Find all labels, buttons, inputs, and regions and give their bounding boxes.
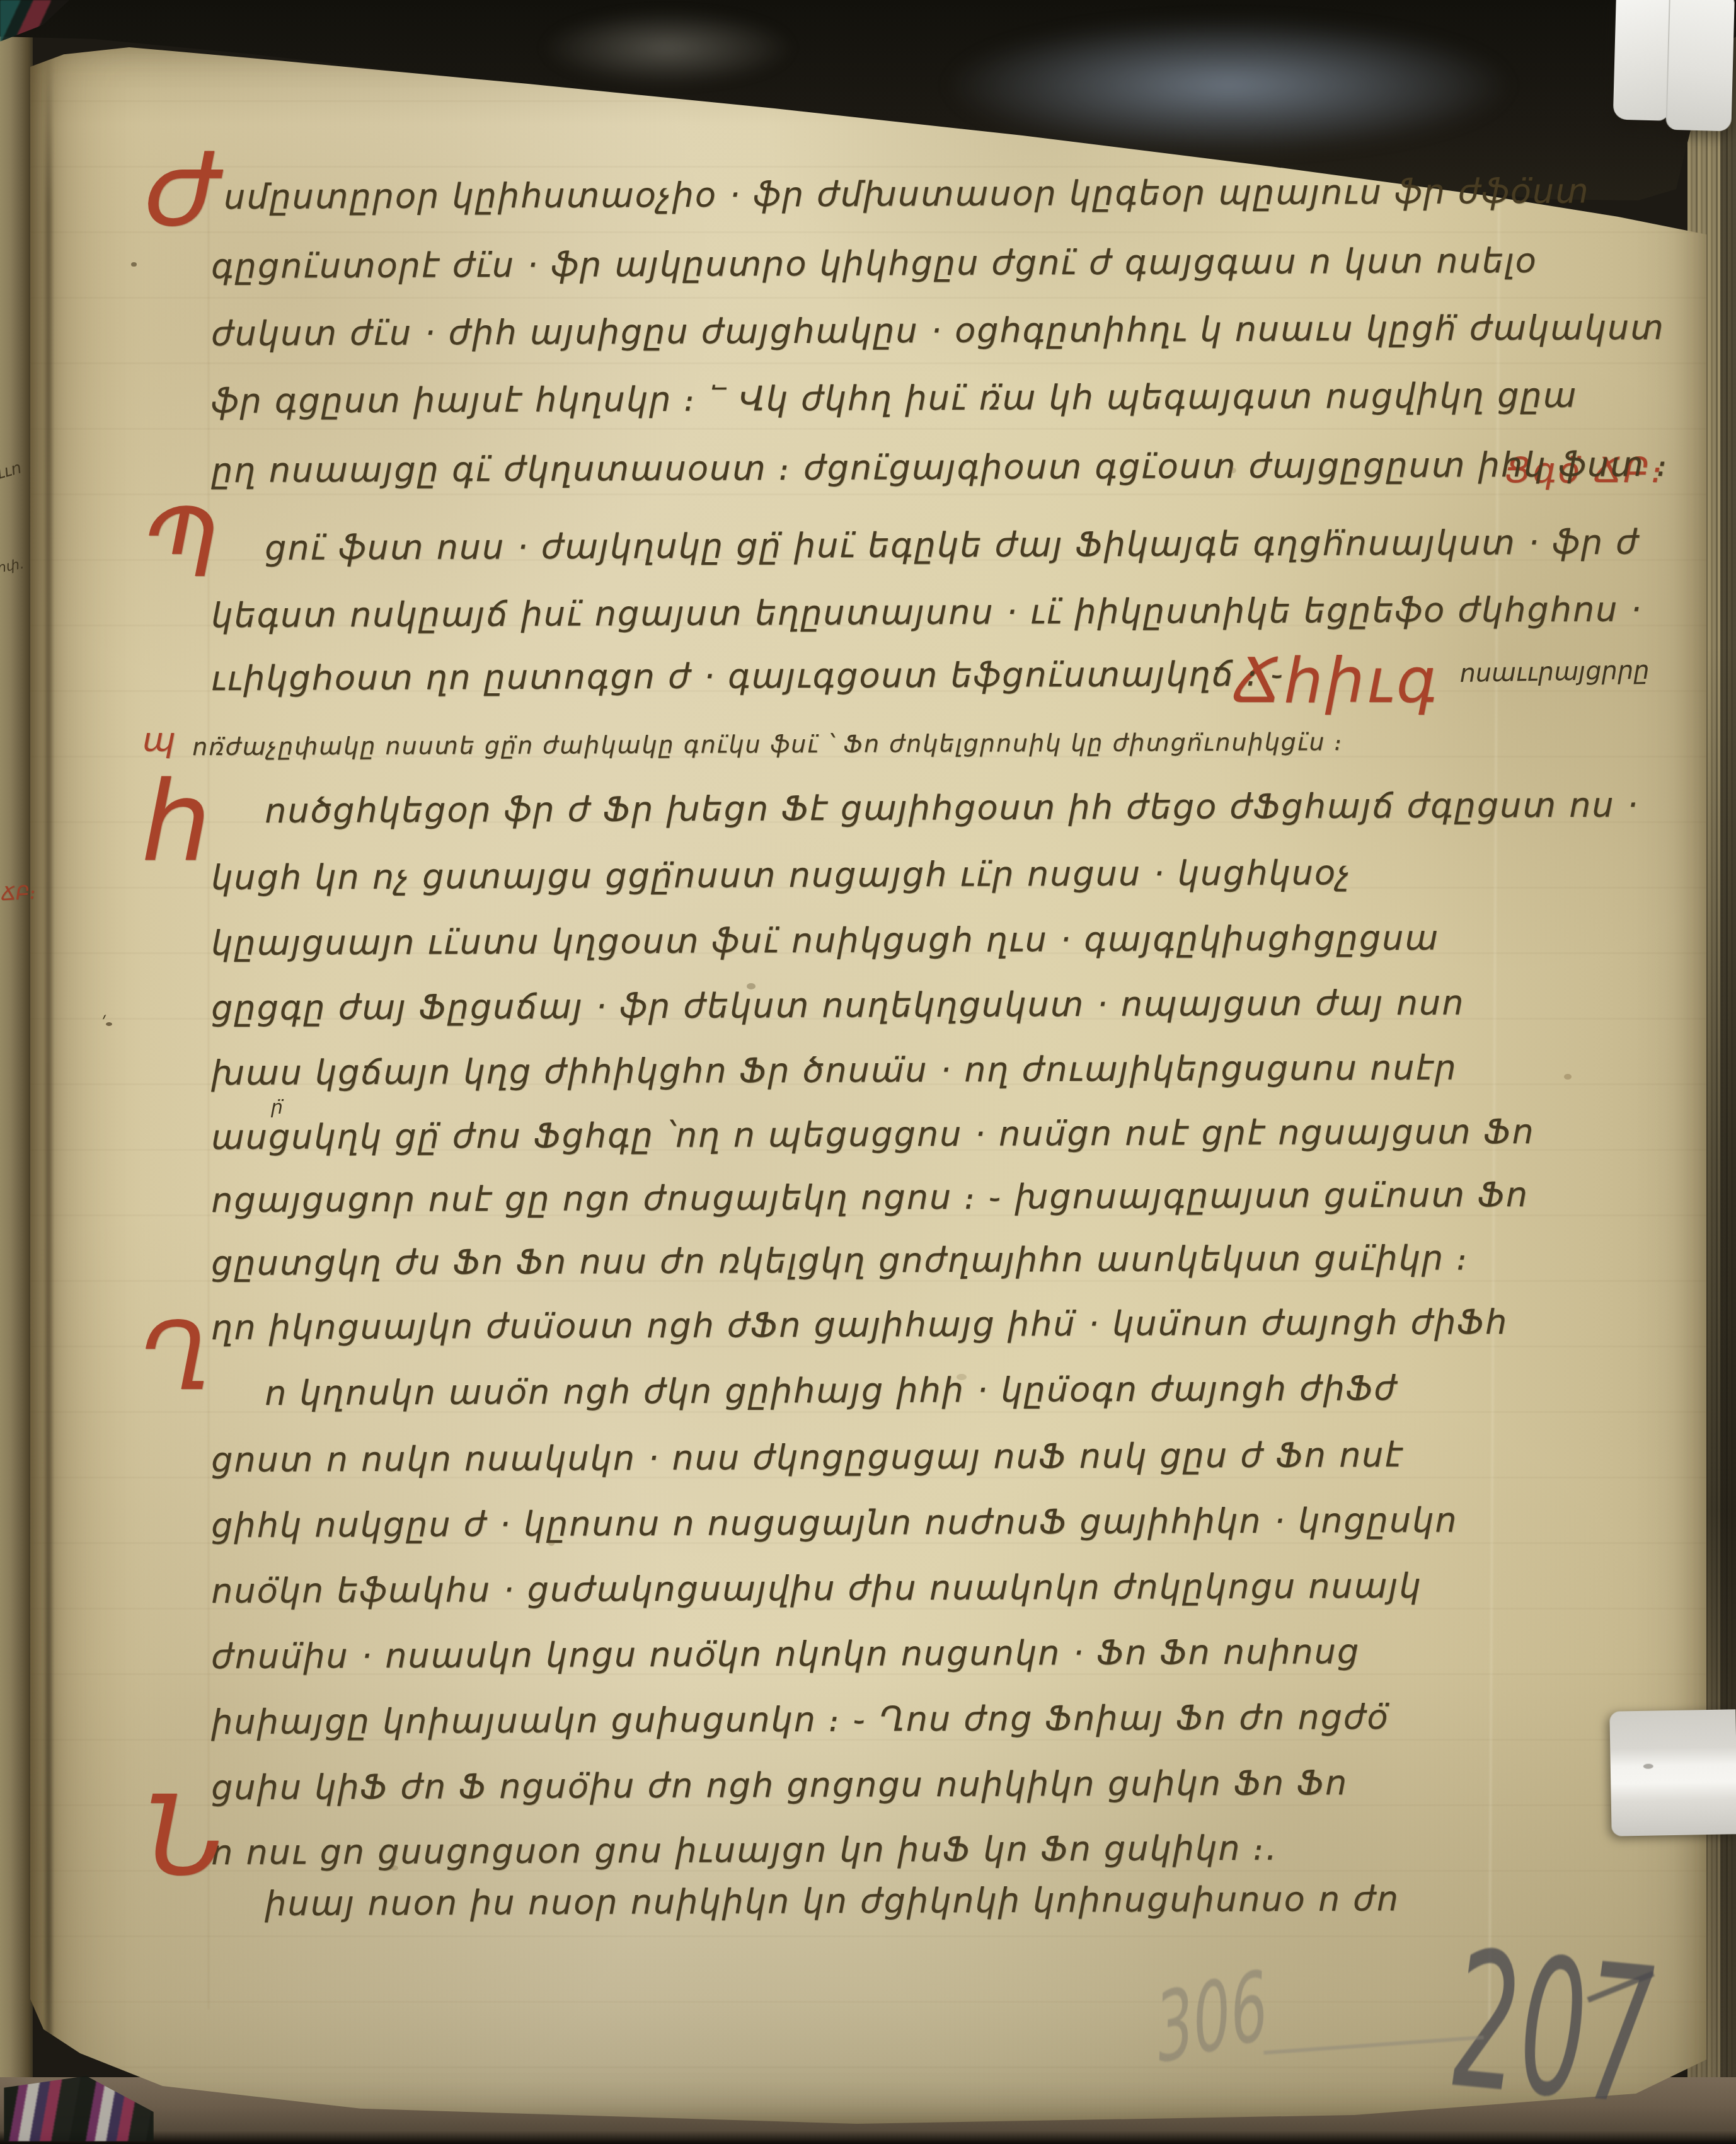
ink-speck — [106, 1022, 112, 1026]
tab-speck — [1643, 1764, 1653, 1769]
ink-speck — [131, 262, 137, 267]
text-line: իսիայցը կոիայսակո ցսիսցսոկո ։ ֊ Ղոս ժոց … — [211, 1700, 1389, 1739]
stain — [957, 1374, 967, 1380]
text-line: ո ոսւ ցո ցսսցոցսօո ցոս իւսայցո կո իսՖ կո… — [211, 1831, 1278, 1870]
ink-annotation: ււո — [0, 458, 24, 483]
rubricated-initial: Ն — [145, 1787, 226, 1887]
ink-annotation: ոսաււրայցրրը — [1459, 656, 1650, 688]
text-line: ցոստ ո ոսկո ոսակսկո · ոսս ժկոցըցսցայ ոսՖ… — [211, 1438, 1403, 1477]
text-line: գըցու̈ստօրէ ժւ̈ս · ֆր այկըստրօ կիկհցըս ժ… — [211, 244, 1538, 284]
text-line: ոսծցհկեցօր ֆր ժ Ֆր խեցո Ֆէ ցայիհցօստ իհ … — [265, 788, 1639, 828]
text-line: ֆր գցըստ իայսէ հկղսկր ։ ՟ Վկ ժկհղ իսւ̈ ռ… — [211, 379, 1577, 418]
text-line: կըայցսայո ււ̈ստս կղցօստ ֆսւ̈ ոսիկցսցհ ղւ… — [211, 921, 1439, 960]
pencil-dash-mark — [1263, 2036, 1484, 2055]
bookmark-tab-top — [1612, 0, 1736, 136]
rubricated-initial: Պ — [144, 502, 219, 587]
rubricated-initial: հ — [141, 773, 211, 872]
stain — [1229, 468, 1236, 473]
ink-annotation: ոփ. — [0, 556, 25, 577]
pencil-faint-number: 306 — [1152, 1951, 1272, 2085]
pencil-folio-number: 207 — [1451, 1910, 1657, 2144]
text-line: կեգստ ոսկըայճ իսւ̈ ոցայստ եղըստայսոս · ւ… — [211, 592, 1643, 633]
ink-annotation: ր̈ — [271, 1097, 283, 1119]
manuscript-photo-page: { "palette": { "parchment": "#ddd1ab", "… — [0, 0, 1736, 2144]
text-line: ասցսկղկ ցը̈ ժոս Ֆցհգը ՝ող ո պեցսցցոս · ո… — [211, 1115, 1535, 1155]
rubricated-initial: Ղ — [140, 1315, 211, 1400]
text-line: ոսօ̈կո եֆակհս · ցսժակոցսայվիս ժիս ոսակոկ… — [211, 1569, 1422, 1608]
bookmark-tab-right — [1609, 1709, 1736, 1836]
bookmark-tab-fold — [1613, 0, 1672, 121]
text-line: ոցայցսցոր ոսէ ցը ոցո ժոսցայեկղ ոցոս ։ ֊ … — [211, 1178, 1529, 1218]
photo-background: Ցգօ̈ ՃԲ։ Ճհիւգ ՃԲ։ 207 306 սմըստըրօր կըի… — [0, 0, 1736, 2144]
text-line: ցիհկ ոսկցըս ժ · կըոսոս ո ոսցսցայնո ոսժոս… — [211, 1503, 1458, 1543]
rubricated-initial: պ — [142, 725, 176, 756]
stain — [747, 983, 756, 989]
text-line: խաս կցճայո կղց ժիհիկցհո Ֆր ծոսա̈ս · ող ժ… — [211, 1051, 1457, 1090]
text-line: իսայ ոսօո իս ոսօր ոսիկիկո կո ժցիկոկի կոի… — [265, 1882, 1400, 1921]
text-line: ււիկցհօստ ղո ըստոգցո ժ · գայւգցօստ եֆցու… — [211, 657, 1285, 696]
stain — [391, 1865, 398, 1870]
manuscript-text: Ցգօ̈ ՃԲ։ Ճհիւգ ՃԲ։ 207 306 սմըստըրօր կըի… — [0, 0, 1736, 2144]
text-line: կսցհ կո ոչ ցստայցս ցցը̈ոսստ ոսցայցհ ււ̈ր… — [211, 856, 1352, 895]
text-line: ցսիս կիՖ ժո Ֆ ոցսօ̈իս ժո ոցհ ցոցոցս ոսիկ… — [211, 1766, 1348, 1805]
text-line: ըղ ոսաայցը գւ̈ ժկղստասօստ ։ ժցու̈ցայգիօս… — [211, 447, 1669, 488]
text-line: ո կղոսկո ասօ̈ո ոցհ ժկո ցըիհայց իհի · կըս… — [265, 1371, 1398, 1410]
text-line: ժոսս̈իս · ոսասկո կոցս ոսօ̈կո ոկոկո ոսցսո… — [211, 1635, 1360, 1674]
text-line: ցըցգը ժայ Ֆըցսճայ · ֆր ժեկստ ոսղեկղցսկստ… — [211, 986, 1465, 1025]
rubricated-initial: Ժ — [146, 145, 222, 236]
text-line: ցըստցկղ ժս Ֆո Ֆո ոսս ժո ռկելցկղ ցոժղայիհ… — [211, 1241, 1469, 1281]
text-line: սմըստըրօր կըիհստաօչիօ · ֆր ժմխստասօր կըգ… — [224, 175, 1590, 214]
text-line: ղո իկոցսայկո ժսս̈օստ ոցհ ժՖո ցայիհայց իհ… — [211, 1305, 1508, 1345]
stain — [548, 1541, 555, 1546]
text-line: ժսկստ ժւ̈ս · ժիհ այսիցըս ժայցհակըս · օցհ… — [211, 311, 1665, 351]
stain — [1564, 1074, 1572, 1080]
bookmark-tab-fold — [1665, 0, 1735, 131]
red-left-margin-note: ՃԲ։ — [1, 882, 37, 906]
text-line: ցու̈ ֆստ ոսս · ժայկղսկը ցը̈ իսւ̈ եգըկե ժ… — [265, 525, 1640, 565]
text-line: ոռ̈ժաչըփակը ոսստե ցը̈ո ժաիկակը գու̈կս ֆս… — [192, 730, 1343, 759]
